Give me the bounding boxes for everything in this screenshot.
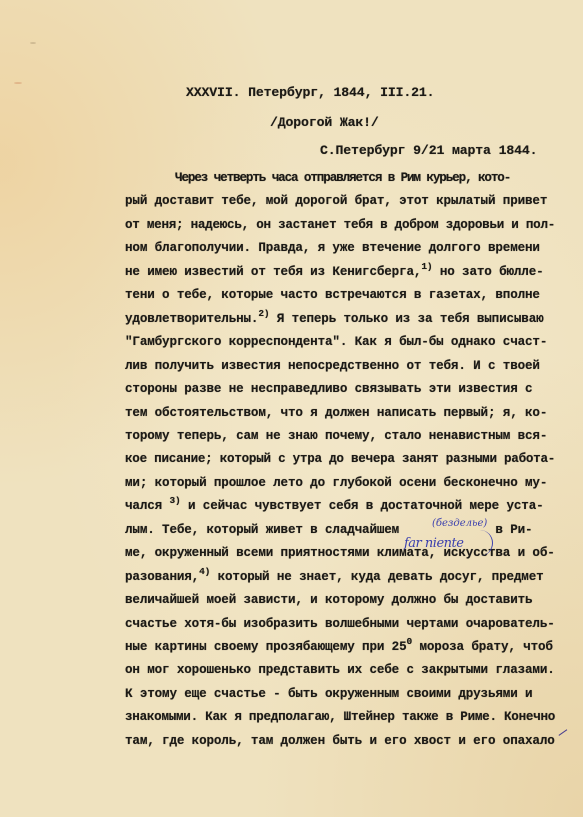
body-line: тени о тебе, которые часто встречаются в…	[125, 288, 555, 302]
line-text: тени о тебе, которые часто встречаются в…	[125, 288, 540, 302]
line-text: ном благополучии. Правда, я уже втечение…	[125, 241, 540, 255]
line-text: мороза брату, чтоб	[412, 640, 553, 654]
line-text: там, где король, там должен быть и его х…	[125, 734, 555, 748]
line-text: чался	[125, 499, 169, 513]
body-line: ном благополучии. Правда, я уже втечение…	[125, 241, 555, 255]
body-line: рый доставит тебе, мой дорогой брат, это…	[125, 194, 555, 208]
line-text: ные картины своему прозябающему при 25	[125, 640, 407, 654]
line-text: который не знает, куда девать досуг, пре…	[210, 570, 543, 584]
document-page: XXXVII. Петербург, 1844, III.21. /Дорого…	[0, 0, 583, 817]
body-line: торому теперь, сам не знаю почему, стало…	[125, 429, 555, 443]
handwritten-insertion: far niente	[404, 536, 463, 551]
body-line: удовлетворительны.2) Я теперь только из …	[125, 312, 555, 327]
body-line: Через четверть часа отправляется в Рим к…	[175, 171, 583, 185]
body-line: лив получить известия непосредственно от…	[125, 359, 555, 373]
body-line: чался 3) и сейчас чувствует себя в доста…	[125, 499, 555, 514]
footnote-marker: 2)	[258, 308, 269, 319]
line-text: К этому еще счастье - быть окруженным св…	[125, 687, 532, 701]
body-line: К этому еще счастье - быть окруженным св…	[125, 687, 555, 701]
line-text: знакомыми. Как я предполагаю, Штейнер та…	[125, 710, 555, 724]
footnote-marker: 1)	[421, 261, 432, 272]
pen-mark	[559, 729, 568, 736]
line-text: рый доставит тебе, мой дорогой брат, это…	[125, 194, 547, 208]
line-text: и сейчас чувствует себя в достаточной ме…	[181, 499, 544, 513]
line-text: но зато бюлле-	[432, 265, 543, 279]
body-line: счастье хотя-бы изобразить волшебными че…	[125, 617, 555, 631]
body-line: "Гамбургского корреспондента". Как я был…	[125, 335, 555, 349]
line-text: ми; который прошлое лето до глубокой осе…	[125, 476, 547, 490]
line-text: Я теперь только из за тебя выписываю	[269, 312, 543, 326]
line-text: счастье хотя-бы изобразить волшебными че…	[125, 617, 555, 631]
body-line: тем обстоятельством, что я должен написа…	[125, 406, 555, 420]
line-text: величайшей моей зависти, и которому долж…	[125, 593, 532, 607]
body-line: стороны разве не несправедливо связывать…	[125, 382, 555, 396]
body-line: кое писание; который с утра до вечера за…	[125, 452, 555, 466]
line-text: Через четверть часа отправляется в Рим к…	[175, 171, 510, 185]
body-line: знакомыми. Как я предполагаю, Штейнер та…	[125, 710, 555, 724]
body-line: ные картины своему прозябающему при 250 …	[125, 640, 555, 655]
line-text: "Гамбургского корреспондента". Как я был…	[125, 335, 547, 349]
body-line: ми; который прошлое лето до глубокой осе…	[125, 476, 555, 490]
body-line: не имею известий от тебя из Кенигсберга,…	[125, 265, 555, 280]
line-text: тем обстоятельством, что я должен написа…	[125, 406, 547, 420]
body-line: там, где король, там должен быть и его х…	[125, 734, 555, 748]
line-text: разования,	[125, 570, 199, 584]
line-text: удовлетворительны.	[125, 312, 258, 326]
paper-blemish	[30, 42, 36, 44]
footnote-marker: 3)	[169, 495, 180, 506]
body-line: величайшей моей зависти, и которому долж…	[125, 593, 555, 607]
paper-blemish	[14, 82, 22, 84]
line-text: стороны разве не несправедливо связывать…	[125, 382, 532, 396]
body-line: разования,4) который не знает, куда дева…	[125, 570, 555, 585]
line-text: он мог хорошенько представить их себе с …	[125, 663, 555, 677]
footnote-marker: 4)	[199, 566, 210, 577]
line-text: кое писание; который с утра до вечера за…	[125, 452, 555, 466]
handwritten-gloss: (безделье)	[432, 518, 487, 529]
body-line: от меня; надеюсь, он застанет тебя в доб…	[125, 218, 555, 232]
letter-heading: XXXVII. Петербург, 1844, III.21.	[186, 86, 434, 100]
body-line: он мог хорошенько представить их себе с …	[125, 663, 555, 677]
line-text: не имею известий от тебя из Кенигсберга,	[125, 265, 421, 279]
line-text: от меня; надеюсь, он застанет тебя в доб…	[125, 218, 555, 232]
line-text: торому теперь, сам не знаю почему, стало…	[125, 429, 547, 443]
salutation: /Дорогой Жак!/	[270, 116, 379, 130]
dateline: С.Петербург 9/21 марта 1844.	[320, 144, 537, 158]
line-text: лив получить известия непосредственно от…	[125, 359, 540, 373]
line-text: лым. Тебе, который живет в сладчайшем	[125, 523, 399, 537]
footnote-marker: 0	[407, 636, 413, 647]
